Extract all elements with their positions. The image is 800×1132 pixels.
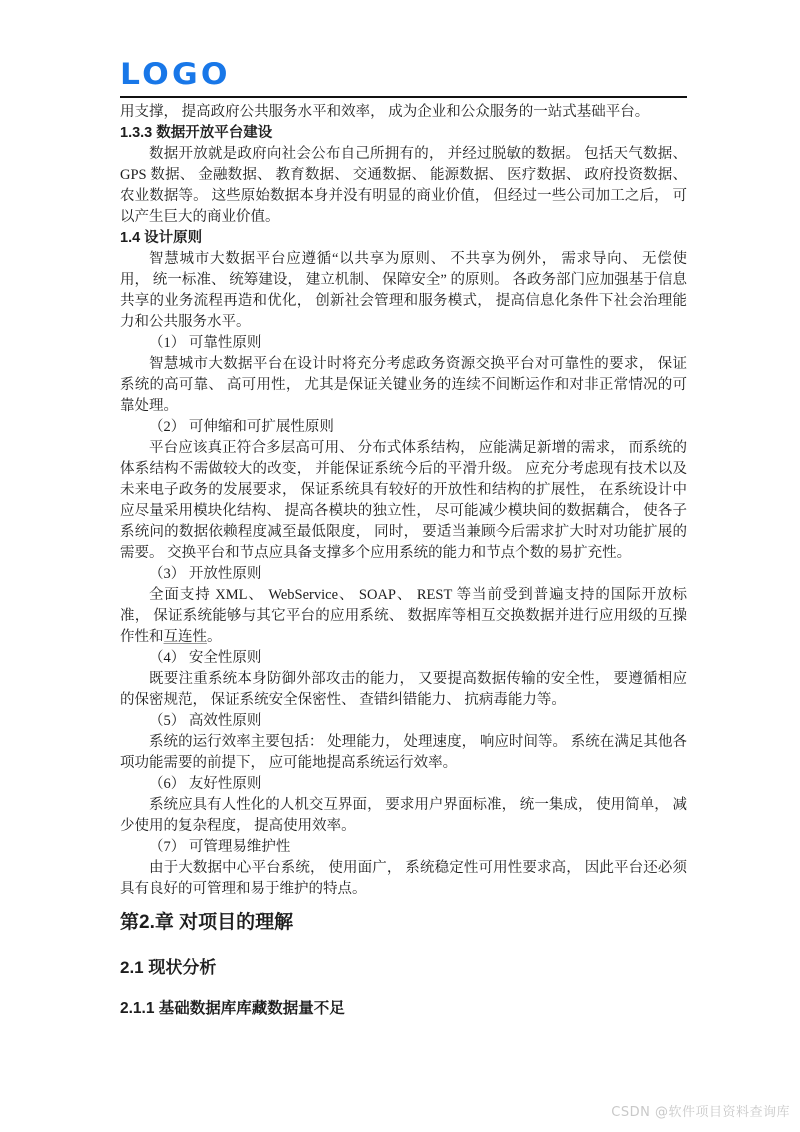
block-continuation: 用支撑， 提高政府公共服务水平和效率， 成为企业和公众服务的一站式基础平台。 bbox=[120, 102, 687, 123]
block-heading3: 1.4 设计原则 bbox=[120, 228, 687, 249]
page-header: LOGO bbox=[120, 58, 687, 98]
block-heading3: 1.3.3 数据开放平台建设 bbox=[120, 123, 687, 144]
block-item: （3） 开放性原则 bbox=[120, 564, 687, 585]
block-body: 智慧城市大数据平台在设计时将充分考虑政务资源交换平台对可靠性的要求， 保证系统的… bbox=[120, 354, 687, 417]
block-item: （2） 可伸缩和可扩展性原则 bbox=[120, 417, 687, 438]
block-subsection: 2.1.1 基础数据库库藏数据量不足 bbox=[120, 998, 687, 1020]
document-page: LOGO 用支撑， 提高政府公共服务水平和效率， 成为企业和公众服务的一站式基础… bbox=[0, 0, 800, 1132]
block-section: 2.1 现状分析 bbox=[120, 956, 687, 980]
block-body: 由于大数据中心平台系统， 使用面广， 系统稳定性可用性要求高， 因此平台还必须具… bbox=[120, 858, 687, 900]
block-body: 全面支持 XML、 WebService、 SOAP、 REST 等当前受到普遍… bbox=[120, 585, 687, 648]
block-body: 既要注重系统本身防御外部攻击的能力， 又要提高数据传输的安全性， 要遵循相应的保… bbox=[120, 669, 687, 711]
block-item: （1） 可靠性原则 bbox=[120, 333, 687, 354]
watermark: CSDN @软件项目资料查询库 bbox=[611, 1101, 790, 1120]
block-body: 系统应具有人性化的人机交互界面， 要求用户界面标准， 统一集成， 使用简单， 减… bbox=[120, 795, 687, 837]
block-body: 平台应该真正符合多层高可用、 分布式体系结构， 应能满足新增的需求， 而系统的体… bbox=[120, 438, 687, 564]
text-run: 。 bbox=[207, 629, 222, 645]
header-divider bbox=[120, 96, 687, 98]
block-item: （7） 可管理易维护性 bbox=[120, 837, 687, 858]
underlined-text: 互连性 bbox=[164, 629, 208, 645]
block-item: （5） 高效性原则 bbox=[120, 711, 687, 732]
block-chapter: 第2.章 对项目的理解 bbox=[120, 910, 687, 936]
block-body: 数据开放就是政府向社会公布自己所拥有的， 并经过脱敏的数据。 包括天气数据、 G… bbox=[120, 144, 687, 228]
block-body: 系统的运行效率主要包括： 处理能力， 处理速度， 响应时间等。 系统在满足其他各… bbox=[120, 732, 687, 774]
logo: LOGO bbox=[120, 58, 231, 90]
block-body: 智慧城市大数据平台应遵循“以共享为原则、 不共享为例外， 需求导向、 无偿使用，… bbox=[120, 249, 687, 333]
block-item: （4） 安全性原则 bbox=[120, 648, 687, 669]
document-body: 用支撑， 提高政府公共服务水平和效率， 成为企业和公众服务的一站式基础平台。1.… bbox=[120, 102, 687, 1020]
block-item: （6） 友好性原则 bbox=[120, 774, 687, 795]
